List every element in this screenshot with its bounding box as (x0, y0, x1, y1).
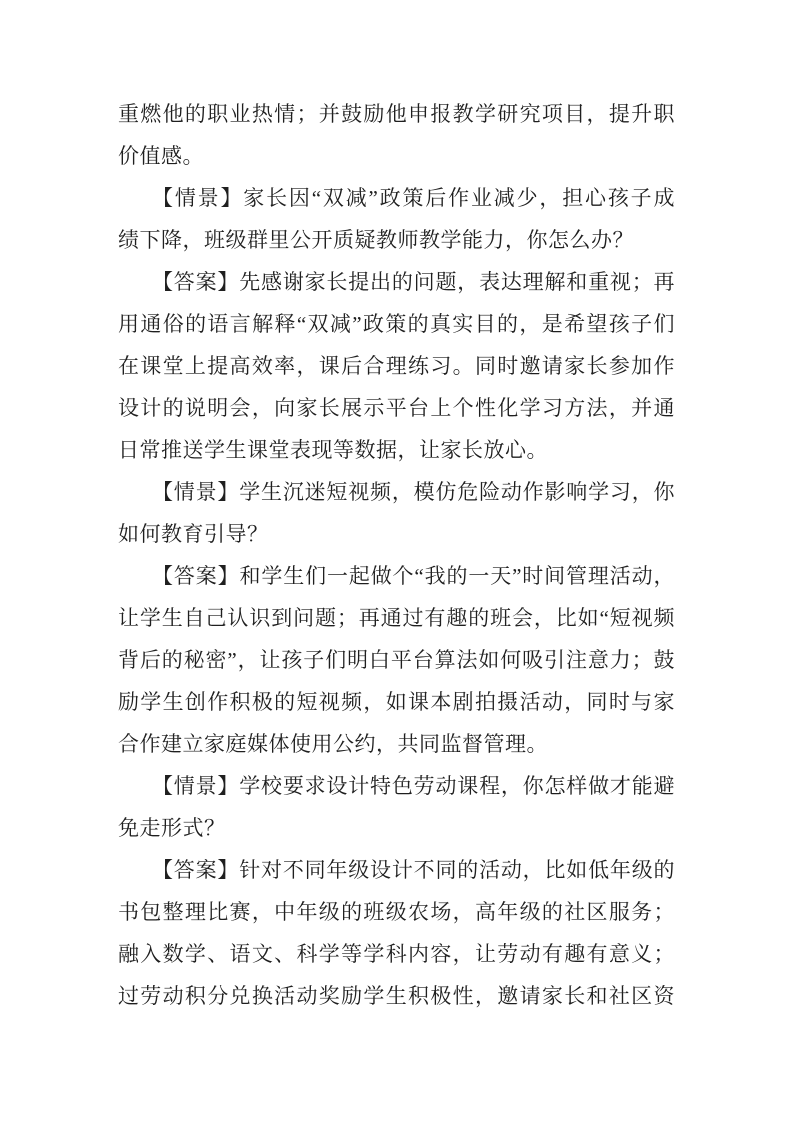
text-line: 重燃他的职业热情；并鼓励他申报教学研究项目，提升职业 (118, 93, 675, 135)
paragraph-answer: 【答案】先感谢家长提出的问题，表达理解和重视；再用通俗的语言解释“双减”政策的真… (118, 261, 675, 471)
text-line: 如何教育引导？ (118, 513, 675, 555)
text-line: 合作建立家庭媒体使用公约，共同监督管理。 (118, 723, 675, 765)
text-line: 过劳动积分兑换活动奖励学生积极性，邀请家长和社区资源 (118, 975, 675, 1017)
text-line: 设计的说明会，向家长展示平台上个性化学习方法，并通过 (118, 387, 675, 429)
text-line: 书包整理比赛，中年级的班级农场，高年级的社区服务；再 (118, 891, 675, 933)
text-line: 让学生自己认识到问题；再通过有趣的班会，比如“短视频 (118, 597, 675, 639)
document-page: 重燃他的职业热情；并鼓励他申报教学研究项目，提升职业价值感。【情景】家长因“双减… (0, 0, 793, 1122)
paragraph-scenario: 【情景】学生沉迷短视频，模仿危险动作影响学习，你如何教育引导？ (118, 471, 675, 555)
paragraph-answer: 【答案】针对不同年级设计不同的活动，比如低年级的书包整理比赛，中年级的班级农场，… (118, 849, 675, 1017)
text-line: 【情景】家长因“双减”政策后作业减少，担心孩子成 (118, 177, 675, 219)
text-line: 【答案】针对不同年级设计不同的活动，比如低年级的 (118, 849, 675, 891)
text-line: 日常推送学生课堂表现等数据，让家长放心。 (118, 429, 675, 471)
text-line: 在课堂上提高效率，课后合理练习。同时邀请家长参加作业 (118, 345, 675, 387)
document-body: 重燃他的职业热情；并鼓励他申报教学研究项目，提升职业价值感。【情景】家长因“双减… (118, 93, 675, 1017)
text-line: 绩下降，班级群里公开质疑教师教学能力，你怎么办？ (118, 219, 675, 261)
text-line: 免走形式？ (118, 807, 675, 849)
text-line: 【情景】学生沉迷短视频，模仿危险动作影响学习，你 (118, 471, 675, 513)
text-line: 【答案】先感谢家长提出的问题，表达理解和重视；再 (118, 261, 675, 303)
text-line: 背后的秘密”，让孩子们明白平台算法如何吸引注意力；鼓 (118, 639, 675, 681)
text-line: 用通俗的语言解释“双减”政策的真实目的，是希望孩子们 (118, 303, 675, 345)
text-line: 【情景】学校要求设计特色劳动课程，你怎样做才能避 (118, 765, 675, 807)
paragraph-scenario: 【情景】家长因“双减”政策后作业减少，担心孩子成绩下降，班级群里公开质疑教师教学… (118, 177, 675, 261)
text-line: 融入数学、语文、科学等学科内容，让劳动有趣有意义；通 (118, 933, 675, 975)
text-line: 价值感。 (118, 135, 675, 177)
paragraph-answer-continuation: 重燃他的职业热情；并鼓励他申报教学研究项目，提升职业价值感。 (118, 93, 675, 177)
text-line: 【答案】和学生们一起做个“我的一天”时间管理活动， (118, 555, 675, 597)
paragraph-scenario: 【情景】学校要求设计特色劳动课程，你怎样做才能避免走形式？ (118, 765, 675, 849)
text-line: 励学生创作积极的短视频，如课本剧拍摄活动，同时与家长 (118, 681, 675, 723)
paragraph-answer: 【答案】和学生们一起做个“我的一天”时间管理活动，让学生自己认识到问题；再通过有… (118, 555, 675, 765)
